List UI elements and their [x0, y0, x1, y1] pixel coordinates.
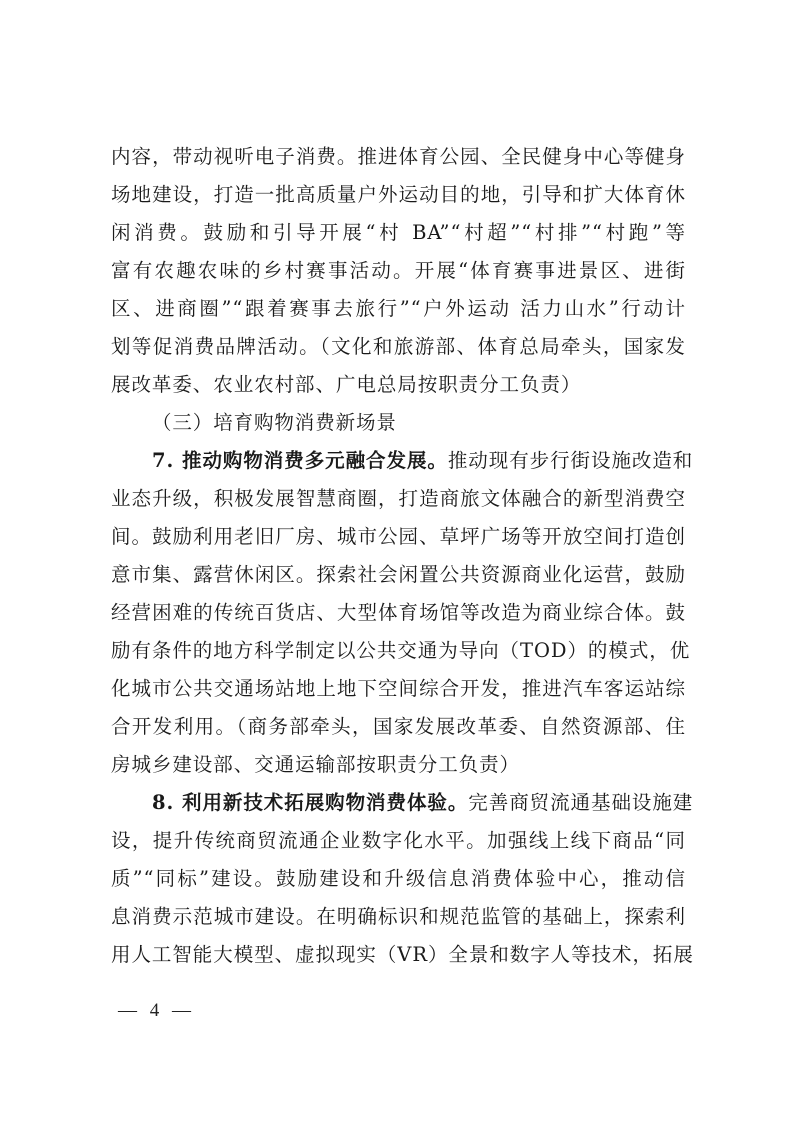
text-line: 展改革委、农业农村部、广电总局按职责分工负责） — [111, 366, 686, 404]
text-line: 业态升级，积极发展智慧商圈，打造商旅文体融合的新型消费空 — [111, 480, 686, 518]
item-8-first-line-text: 完善商贸流通基础设施建 — [468, 791, 693, 814]
text-line: 设，提升传统商贸流通企业数字化水平。加强线上线下商品“同 — [111, 822, 686, 860]
text-line: 划等促消费品牌活动。（文化和旅游部、体育总局牵头，国家发 — [111, 328, 686, 366]
text-line: 息消费示范城市建设。在明确标识和规范监管的基础上，探索利 — [111, 898, 686, 936]
text-line: 房城乡建设部、交通运输部按职责分工负责） — [111, 746, 686, 784]
paragraph-continuation: 内容，带动视听电子消费。推进体育公园、全民健身中心等健身 场地建设，打造一批高质… — [111, 138, 686, 404]
document-page: 内容，带动视听电子消费。推进体育公园、全民健身中心等健身 场地建设，打造一批高质… — [111, 138, 686, 974]
text-line: 化城市公共交通场站地上地下空间综合开发，推进汽车客运站综 — [111, 670, 686, 708]
item-7-first-line-text: 推动现有步行街设施改造和 — [448, 449, 693, 472]
text-line: 场地建设，打造一批高质量户外运动目的地，引导和扩大体育休 — [111, 176, 686, 214]
text-line: 励有条件的地方科学制定以公共交通为导向（TOD）的模式，优 — [111, 632, 686, 670]
item-7-lead: 7. 推动购物消费多元融合发展。 — [152, 449, 448, 472]
section-heading: （三）培育购物消费新场景 — [111, 404, 686, 442]
text-line: 经营困难的传统百货店、大型体育场馆等改造为商业综合体。鼓 — [111, 594, 686, 632]
page-number: — 4 — — [118, 1000, 195, 1022]
item-8-lead: 8. 利用新技术拓展购物消费体验。 — [152, 791, 468, 814]
item-8-paragraph: 8. 利用新技术拓展购物消费体验。完善商贸流通基础设施建 设，提升传统商贸流通企… — [111, 784, 686, 974]
text-line: 合开发利用。（商务部牵头，国家发展改革委、自然资源部、住 — [111, 708, 686, 746]
item-8-first-line: 8. 利用新技术拓展购物消费体验。完善商贸流通基础设施建 — [111, 784, 686, 822]
text-line: 内容，带动视听电子消费。推进体育公园、全民健身中心等健身 — [111, 138, 686, 176]
item-7-paragraph: 7. 推动购物消费多元融合发展。推动现有步行街设施改造和 业态升级，积极发展智慧… — [111, 442, 686, 784]
text-line: 闲消费。鼓励和引导开展“村 BA”“村超”“村排”“村跑”等 — [111, 214, 686, 252]
text-line: 意市集、露营休闲区。探索社会闲置公共资源商业化运营，鼓励 — [111, 556, 686, 594]
text-line: 富有农趣农味的乡村赛事活动。开展“体育赛事进景区、进街 — [111, 252, 686, 290]
text-line: 质”“同标”建设。鼓励建设和升级信息消费体验中心，推动信 — [111, 860, 686, 898]
text-line: 区、进商圈”“跟着赛事去旅行”“户外运动 活力山水”行动计 — [111, 290, 686, 328]
text-line: 用人工智能大模型、虚拟现实（VR）全景和数字人等技术，拓展 — [111, 936, 686, 974]
item-7-first-line: 7. 推动购物消费多元融合发展。推动现有步行街设施改造和 — [111, 442, 686, 480]
text-line: 间。鼓励利用老旧厂房、城市公园、草坪广场等开放空间打造创 — [111, 518, 686, 556]
